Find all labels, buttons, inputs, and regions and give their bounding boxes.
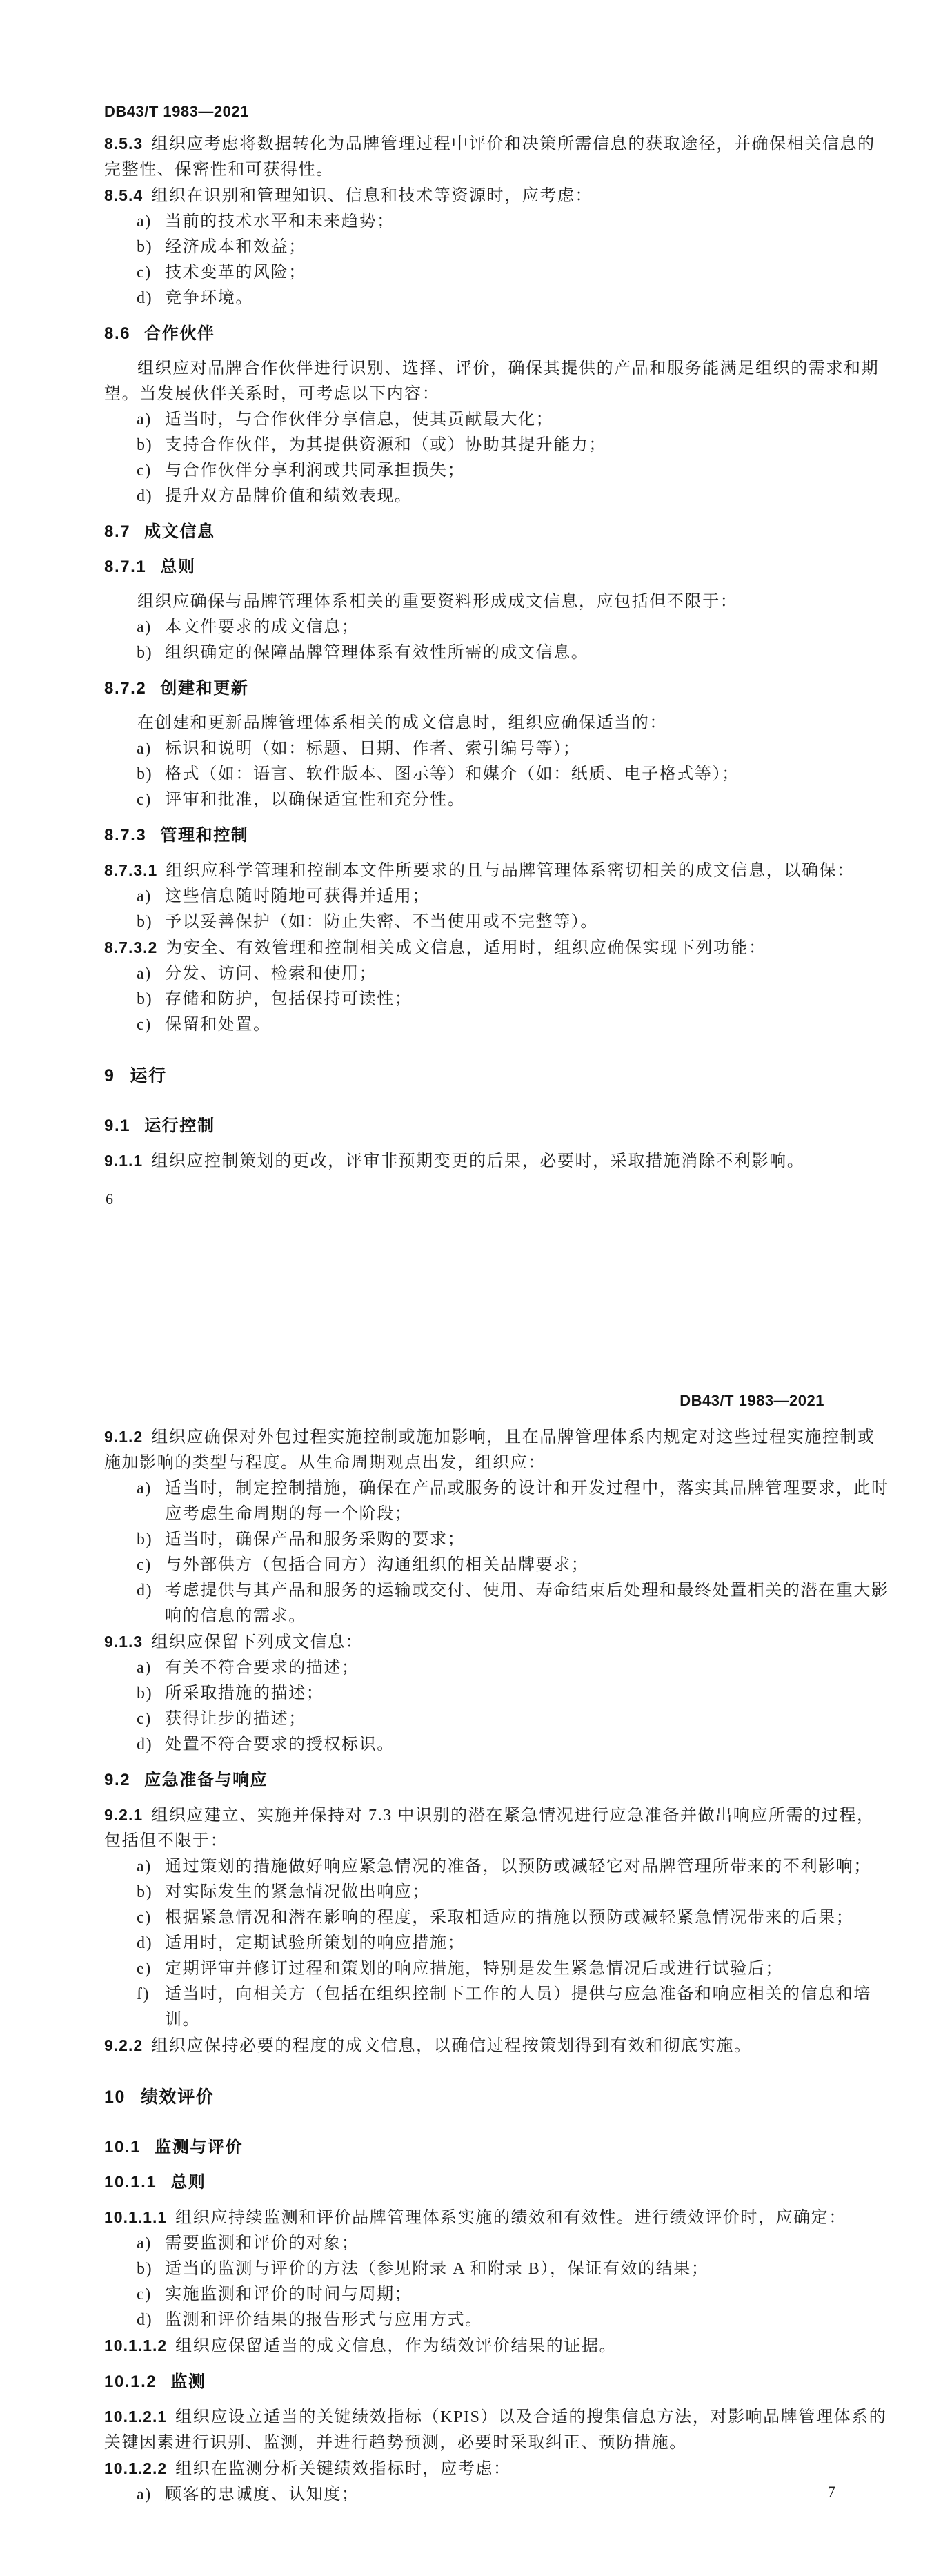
- list-item: d)处置不符合要求的授权标识。: [104, 1732, 891, 1758]
- clause-text: 组织应持续监测和评价品牌管理体系实施的绩效和有效性。进行绩效评价时，应确定：: [175, 2209, 846, 2227]
- clause: 9.1.1组织应控制策划的更改，评审非预期变更的后果，必要时，采取措施消除不利影…: [104, 1148, 891, 1174]
- list-item-text: 获得让步的描述；: [165, 1710, 306, 1728]
- list-item: b)经济成本和效益；: [104, 235, 891, 260]
- list-marker: b): [137, 1880, 152, 1905]
- heading-number: 9: [104, 1066, 115, 1085]
- clause: 8.5.3组织应考虑将数据转化为品牌管理过程中评价和决策所需信息的获取途径，并确…: [104, 131, 891, 183]
- list-item: a)通过策划的措施做好响应紧急情况的准备，以预防或减轻它对品牌管理所带来的不利影…: [104, 1854, 891, 1880]
- clause-text: 组织在监测分析关键绩效指标时，应考虑：: [175, 2460, 510, 2478]
- list-item: a)适当时，制定控制措施，确保在产品或服务的设计和开发过程中，落实其品牌管理要求…: [104, 1476, 891, 1527]
- clause-text: 为安全、有效管理和控制相关成文信息，适用时，组织应确保实现下列功能：: [166, 939, 766, 957]
- list-item-text: 顾客的忠诚度、认知度；: [165, 2486, 359, 2504]
- section-heading: 8.7成文信息: [104, 519, 891, 544]
- heading-number: 8.7.3: [104, 826, 146, 845]
- section-heading: 8.7.2创建和更新: [104, 676, 891, 701]
- list-item: a)需要监测和评价的对象；: [104, 2231, 891, 2257]
- list-item: b)存储和防护，包括保持可读性；: [104, 987, 891, 1012]
- page-content: 8.5.3组织应考虑将数据转化为品牌管理过程中评价和决策所需信息的获取途径，并确…: [104, 131, 891, 1174]
- list-marker: c): [137, 1707, 152, 1732]
- list-item-text: 适当时，向相关方（包括在组织控制下工作的人员）提供与应急准备和响应相关的信息和培…: [165, 1985, 871, 2029]
- list-item-text: 与合作伙伴分享利润或共同承担损失；: [165, 462, 465, 480]
- list-marker: a): [137, 1476, 152, 1502]
- list-item: b)格式（如：语言、软件版本、图示等）和媒介（如：纸质、电子格式等）；: [104, 762, 891, 787]
- heading-title: 合作伙伴: [144, 324, 215, 343]
- clause-number: 9.2.1: [104, 1806, 143, 1824]
- list-item-text: 有关不符合要求的描述；: [165, 1659, 359, 1677]
- list-marker: c): [137, 1012, 152, 1038]
- list-marker: d): [137, 1578, 152, 1604]
- clause-text: 组织应科学管理和控制本文件所要求的且与品牌管理体系密切相关的成文信息，以确保：: [166, 862, 854, 880]
- list-marker: a): [137, 961, 152, 987]
- list-item: d)考虑提供与其产品和服务的运输或交付、使用、寿命结束后处理和最终处置相关的潜在…: [104, 1578, 891, 1629]
- list-item: c)评审和批准，以确保适宜性和充分性。: [104, 787, 891, 813]
- section-heading: 10.1.1总则: [104, 2170, 891, 2195]
- heading-number: 9.2: [104, 1771, 130, 1789]
- clause: 10.1.1.2组织应保留适当的成文信息，作为绩效评价结果的证据。: [104, 2333, 891, 2359]
- list-item-text: 这些信息随时随地可获得并适用；: [165, 887, 430, 905]
- list-item: b)对实际发生的紧急情况做出响应；: [104, 1880, 891, 1905]
- list-marker: b): [137, 910, 152, 935]
- list-item: f)适当时，向相关方（包括在组织控制下工作的人员）提供与应急准备和响应相关的信息…: [104, 1982, 891, 2033]
- clause-number: 10.1.1.1: [104, 2208, 167, 2226]
- clause-number: 9.1.1: [104, 1152, 143, 1170]
- clause: 10.1.2.1组织应设立适当的关键绩效指标（KPIS）以及合适的搜集信息方法，…: [104, 2404, 891, 2456]
- list-item-text: 实施监测和评价的时间与周期；: [165, 2285, 412, 2303]
- paragraph: 在创建和更新品牌管理体系相关的成文信息时，组织应确保适当的：: [104, 711, 891, 736]
- list-item-text: 考虑提供与其产品和服务的运输或交付、使用、寿命结束后处理和最终处置相关的潜在重大…: [165, 1582, 889, 1625]
- clause-number: 8.7.3.1: [104, 861, 157, 879]
- list-item-text: 分发、访问、检索和使用；: [165, 965, 377, 983]
- paragraph-text: 组织应对品牌合作伙伴进行识别、选择、评价，确保其提供的产品和服务能满足组织的需求…: [104, 360, 879, 403]
- clause-text: 组织应考虑将数据转化为品牌管理过程中评价和决策所需信息的获取途径，并确保相关信息…: [104, 135, 875, 179]
- page-header: DB43/T 1983—2021: [104, 99, 249, 124]
- page-content: 9.1.2组织应确保对外包过程实施控制或施加影响，且在品牌管理体系内规定对这些过…: [104, 1424, 891, 2508]
- list-item: c)与合作伙伴分享利润或共同承担损失；: [104, 458, 891, 484]
- list-item-text: 本文件要求的成文信息；: [165, 618, 359, 636]
- list-item: b)组织确定的保障品牌管理体系有效性所需的成文信息。: [104, 640, 891, 666]
- list-marker: b): [137, 1527, 152, 1553]
- heading-title: 运行: [130, 1066, 167, 1085]
- list-item-text: 经济成本和效益；: [165, 238, 306, 256]
- page-header: DB43/T 1983—2021: [680, 1388, 824, 1413]
- list-item-text: 保留和处置。: [165, 1016, 271, 1034]
- clause: 8.5.4组织在识别和管理知识、信息和技术等资源时，应考虑：: [104, 183, 891, 209]
- list-item-text: 与外部供方（包括合同方）沟通组织的相关品牌要求；: [165, 1556, 588, 1574]
- list-item-text: 竞争环境。: [165, 289, 253, 307]
- list-item-text: 处置不符合要求的授权标识。: [165, 1736, 395, 1753]
- list-marker: d): [137, 1931, 152, 1956]
- page-number: 6: [106, 1186, 113, 1212]
- list-item: c)根据紧急情况和潜在影响的程度，采取相适应的措施以预防或减轻紧急情况带来的后果…: [104, 1905, 891, 1931]
- list-item-text: 对实际发生的紧急情况做出响应；: [165, 1883, 430, 1901]
- heading-title: 成文信息: [144, 522, 215, 541]
- list-item: b)适当的监测与评价的方法（参见附录 A 和附录 B），保证有效的结果；: [104, 2257, 891, 2282]
- section-heading: 10.1.2监测: [104, 2369, 891, 2395]
- list-marker: c): [137, 458, 152, 484]
- list-marker: b): [137, 762, 152, 787]
- list-item: b)予以妥善保护（如：防止失密、不当使用或不完整等）。: [104, 910, 891, 935]
- clause-number: 10.1.1.2: [104, 2337, 167, 2354]
- list-item: d)适用时，定期试验所策划的响应措施；: [104, 1931, 891, 1956]
- list-item-text: 所采取措施的描述；: [165, 1684, 324, 1702]
- list-item-text: 根据紧急情况和潜在影响的程度，采取相适应的措施以预防或减轻紧急情况带来的后果；: [165, 1909, 853, 1927]
- paragraph: 组织应对品牌合作伙伴进行识别、选择、评价，确保其提供的产品和服务能满足组织的需求…: [104, 356, 891, 407]
- list-item-text: 当前的技术水平和未来趋势；: [165, 213, 395, 230]
- list-item-text: 定期评审并修订过程和策划的响应措施，特别是发生紧急情况后或进行试验后；: [165, 1960, 783, 1978]
- heading-title: 管理和控制: [160, 826, 248, 845]
- heading-number: 10: [104, 2087, 126, 2107]
- clause: 9.1.3组织应保留下列成文信息：: [104, 1629, 891, 1655]
- clause: 9.1.2组织应确保对外包过程实施控制或施加影响，且在品牌管理体系内规定对这些过…: [104, 1424, 891, 1476]
- list-marker: a): [137, 615, 152, 640]
- list-marker: d): [137, 484, 152, 509]
- clause-text: 组织应保留下列成文信息：: [151, 1633, 363, 1651]
- list-item: d)竞争环境。: [104, 286, 891, 311]
- list-marker: a): [137, 1854, 152, 1880]
- list-item: c)实施监测和评价的时间与周期；: [104, 2282, 891, 2308]
- heading-number: 8.6: [104, 324, 130, 343]
- clause-number: 9.1.2: [104, 1428, 143, 1446]
- clause-number: 9.2.2: [104, 2036, 143, 2054]
- clause-text: 组织应保持必要的程度的成文信息，以确信过程按策划得到有效和彻底实施。: [151, 2037, 751, 2055]
- heading-title: 总则: [170, 2173, 206, 2192]
- heading-number: 8.7: [104, 522, 130, 541]
- list-marker: a): [137, 736, 152, 762]
- list-marker: e): [137, 1956, 152, 1982]
- list-marker: b): [137, 433, 152, 458]
- section-heading: 9.2应急准备与响应: [104, 1767, 891, 1793]
- list-marker: b): [137, 1681, 152, 1707]
- list-item: d)提升双方品牌价值和绩效表现。: [104, 484, 891, 509]
- list-item: d)监测和评价结果的报告形式与应用方式。: [104, 2308, 891, 2333]
- list-item-text: 需要监测和评价的对象；: [165, 2234, 359, 2252]
- list-marker: a): [137, 2482, 152, 2508]
- list-item: a)标识和说明（如：标题、日期、作者、索引编号等）；: [104, 736, 891, 762]
- heading-title: 应急准备与响应: [144, 1771, 268, 1789]
- list-item-text: 适当时，与合作伙伴分享信息，使其贡献最大化；: [165, 411, 553, 429]
- list-item: c)技术变革的风险；: [104, 260, 891, 286]
- clause-text: 组织应保留适当的成文信息，作为绩效评价结果的证据。: [175, 2337, 617, 2355]
- list-marker: b): [137, 987, 152, 1012]
- list-item: c)与外部供方（包括合同方）沟通组织的相关品牌要求；: [104, 1553, 891, 1578]
- list-item-text: 支持合作伙伴，为其提供资源和（或）协助其提升能力；: [165, 436, 606, 454]
- clause-number: 8.5.4: [104, 186, 143, 204]
- clause-number: 9.1.3: [104, 1633, 143, 1651]
- list-item: a)适当时，与合作伙伴分享信息，使其贡献最大化；: [104, 407, 891, 433]
- list-item-text: 提升双方品牌价值和绩效表现。: [165, 487, 412, 505]
- clause: 10.1.2.2组织在监测分析关键绩效指标时，应考虑：: [104, 2456, 891, 2482]
- heading-title: 运行控制: [144, 1117, 215, 1135]
- list-item-text: 予以妥善保护（如：防止失密、不当使用或不完整等）。: [165, 913, 598, 931]
- list-marker: f): [137, 1982, 150, 2007]
- clause-number: 8.5.3: [104, 135, 143, 153]
- section-heading: 10.1监测与评价: [104, 2134, 891, 2160]
- list-marker: d): [137, 1732, 152, 1758]
- list-item-text: 评审和批准，以确保适宜性和充分性。: [165, 791, 465, 809]
- list-marker: c): [137, 787, 152, 813]
- heading-title: 监测与评价: [155, 2138, 243, 2156]
- list-marker: c): [137, 260, 152, 286]
- list-marker: b): [137, 235, 152, 260]
- list-item: e)定期评审并修订过程和策划的响应措施，特别是发生紧急情况后或进行试验后；: [104, 1956, 891, 1982]
- list-item-text: 适当时，制定控制措施，确保在产品或服务的设计和开发过程中，落实其品牌管理要求，此…: [165, 1479, 889, 1523]
- section-heading: 8.6合作伙伴: [104, 321, 891, 346]
- list-marker: a): [137, 209, 152, 235]
- list-item-text: 存储和防护，包括保持可读性；: [165, 990, 412, 1008]
- clause: 8.7.3.2为安全、有效管理和控制相关成文信息，适用时，组织应确保实现下列功能…: [104, 935, 891, 961]
- clause-text: 组织应控制策划的更改，评审非预期变更的后果，必要时，采取措施消除不利影响。: [151, 1152, 804, 1170]
- page-number: 7: [828, 2479, 835, 2504]
- clause-number: 8.7.3.2: [104, 938, 157, 956]
- section-heading: 9.1运行控制: [104, 1113, 891, 1139]
- heading-title: 创建和更新: [160, 679, 248, 698]
- list-marker: a): [137, 884, 152, 910]
- list-marker: c): [137, 1905, 152, 1931]
- heading-number: 10.1.2: [104, 2372, 157, 2391]
- list-marker: c): [137, 2282, 152, 2308]
- document-canvas: DB43/T 1983—2021 8.5.3组织应考虑将数据转化为品牌管理过程中…: [0, 0, 932, 2576]
- clause-text: 组织应建立、实施并保持对 7.3 中识别的潜在紧急情况进行应急准备并做出响应所需…: [104, 1807, 875, 1850]
- clause-number: 10.1.2.1: [104, 2408, 167, 2426]
- list-item: b)支持合作伙伴，为其提供资源和（或）协助其提升能力；: [104, 433, 891, 458]
- list-marker: a): [137, 407, 152, 433]
- list-item: a)分发、访问、检索和使用；: [104, 961, 891, 987]
- list-marker: b): [137, 2257, 152, 2282]
- list-item: a)当前的技术水平和未来趋势；: [104, 209, 891, 235]
- list-item-text: 通过策划的措施做好响应紧急情况的准备，以预防或减轻它对品牌管理所带来的不利影响；: [165, 1858, 871, 1876]
- list-item-text: 适用时，定期试验所策划的响应措施；: [165, 1934, 465, 1952]
- section-heading: 8.7.3管理和控制: [104, 823, 891, 848]
- paragraph: 组织应确保与品牌管理体系相关的重要资料形成成文信息，应包括但不限于：: [104, 589, 891, 615]
- list-marker: d): [137, 2308, 152, 2333]
- clause-text: 组织应设立适当的关键绩效指标（KPIS）以及合适的搜集信息方法，对影响品牌管理体…: [104, 2408, 886, 2452]
- paragraph-text: 在创建和更新品牌管理体系相关的成文信息时，组织应确保适当的：: [137, 714, 667, 732]
- list-item-text: 格式（如：语言、软件版本、图示等）和媒介（如：纸质、电子格式等）；: [165, 765, 740, 783]
- clause: 10.1.1.1组织应持续监测和评价品牌管理体系实施的绩效和有效性。进行绩效评价…: [104, 2205, 891, 2231]
- clause-text: 组织应确保对外包过程实施控制或施加影响，且在品牌管理体系内规定对这些过程实施控制…: [104, 1428, 875, 1472]
- list-marker: a): [137, 1655, 152, 1681]
- section-heading: 8.7.1总则: [104, 554, 891, 580]
- clause-number: 10.1.2.2: [104, 2459, 167, 2477]
- list-item: b)适当时，确保产品和服务采购的要求；: [104, 1527, 891, 1553]
- list-marker: b): [137, 640, 152, 666]
- heading-number: 10.1.1: [104, 2173, 157, 2192]
- heading-number: 9.1: [104, 1117, 130, 1135]
- list-item-text: 组织确定的保障品牌管理体系有效性所需的成文信息。: [165, 644, 588, 662]
- list-item: a)这些信息随时随地可获得并适用；: [104, 884, 891, 910]
- list-item-text: 适当的监测与评价的方法（参见附录 A 和附录 B），保证有效的结果；: [165, 2260, 708, 2278]
- list-item-text: 标识和说明（如：标题、日期、作者、索引编号等）；: [165, 740, 580, 758]
- heading-number: 8.7.2: [104, 679, 146, 698]
- clause: 9.2.2组织应保持必要的程度的成文信息，以确信过程按策划得到有效和彻底实施。: [104, 2033, 891, 2059]
- clause: 8.7.3.1组织应科学管理和控制本文件所要求的且与品牌管理体系密切相关的成文信…: [104, 858, 891, 884]
- section-heading: 10绩效评价: [104, 2085, 891, 2110]
- section-heading: 9运行: [104, 1063, 891, 1089]
- list-item: a)有关不符合要求的描述；: [104, 1655, 891, 1681]
- list-item: b)所采取措施的描述；: [104, 1681, 891, 1707]
- clause: 9.2.1组织应建立、实施并保持对 7.3 中识别的潜在紧急情况进行应急准备并做…: [104, 1802, 891, 1854]
- heading-number: 8.7.1: [104, 558, 146, 576]
- heading-title: 绩效评价: [141, 2087, 214, 2107]
- list-item: c)获得让步的描述；: [104, 1707, 891, 1732]
- paragraph-text: 组织应确保与品牌管理体系相关的重要资料形成成文信息，应包括但不限于：: [137, 593, 737, 611]
- list-item: c)保留和处置。: [104, 1012, 891, 1038]
- heading-number: 10.1: [104, 2138, 141, 2156]
- list-item: a)顾客的忠诚度、认知度；: [104, 2482, 891, 2508]
- list-marker: a): [137, 2231, 152, 2257]
- clause-text: 组织在识别和管理知识、信息和技术等资源时，应考虑：: [151, 187, 593, 205]
- list-marker: c): [137, 1553, 152, 1578]
- list-item: a)本文件要求的成文信息；: [104, 615, 891, 640]
- list-item-text: 技术变革的风险；: [165, 264, 306, 282]
- list-item-text: 监测和评价结果的报告形式与应用方式。: [165, 2311, 483, 2329]
- list-item-text: 适当时，确保产品和服务采购的要求；: [165, 1531, 465, 1548]
- heading-title: 监测: [170, 2372, 206, 2391]
- list-marker: d): [137, 286, 152, 311]
- heading-title: 总则: [160, 558, 195, 576]
